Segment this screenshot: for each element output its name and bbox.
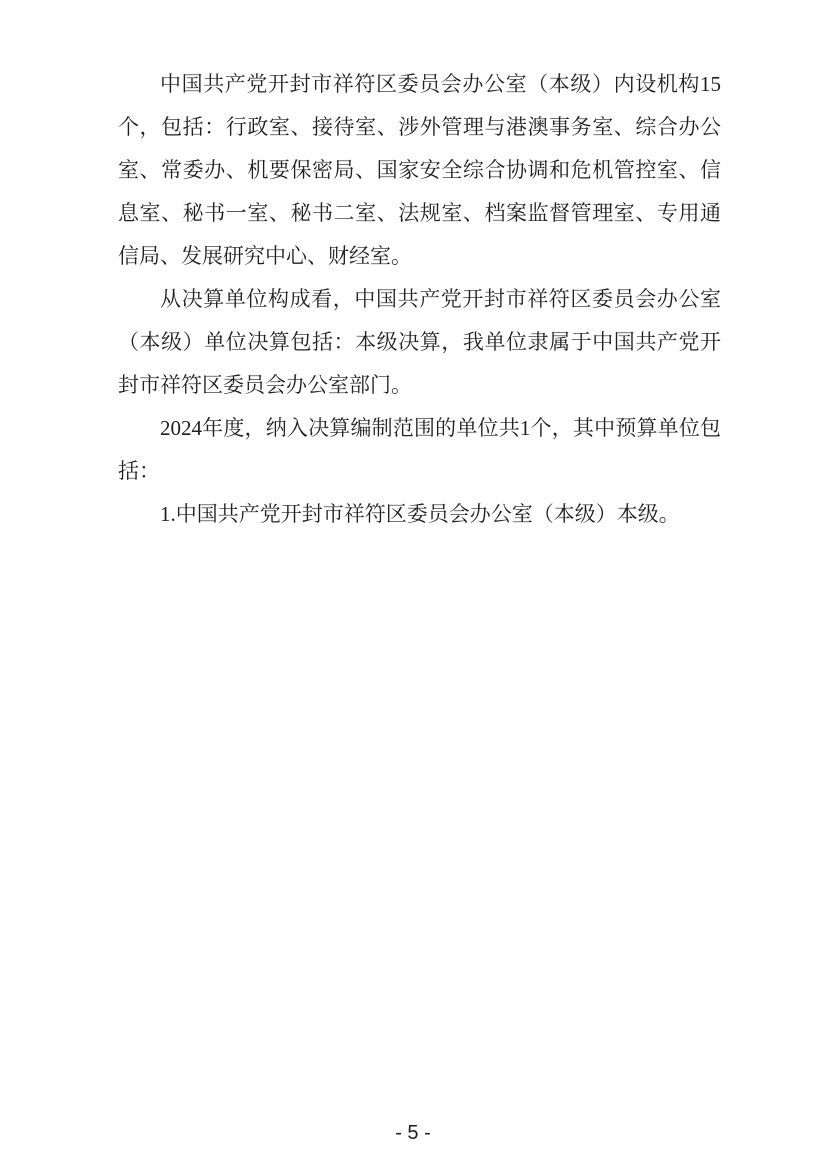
page-number: - 5 -	[395, 1122, 431, 1144]
paragraph-unit-composition: 从决算单位构成看，中国共产党开封市祥符区委员会办公室（本级）单位决算包括：本级决…	[118, 278, 721, 407]
page-footer: - 5 -	[0, 1122, 826, 1145]
paragraph-budget-scope: 2024年度，纳入决算编制范围的单位共1个，其中预算单位包括：	[118, 407, 721, 493]
paragraph-unit-list-item: 1.中国共产党开封市祥符区委员会办公室（本级）本级。	[118, 493, 721, 536]
document-page: 中国共产党开封市祥符区委员会办公室（本级）内设机构15个，包括：行政室、接待室、…	[0, 0, 826, 1169]
paragraph-internal-organs: 中国共产党开封市祥符区委员会办公室（本级）内设机构15个，包括：行政室、接待室、…	[118, 63, 721, 278]
document-body: 中国共产党开封市祥符区委员会办公室（本级）内设机构15个，包括：行政室、接待室、…	[118, 63, 721, 536]
